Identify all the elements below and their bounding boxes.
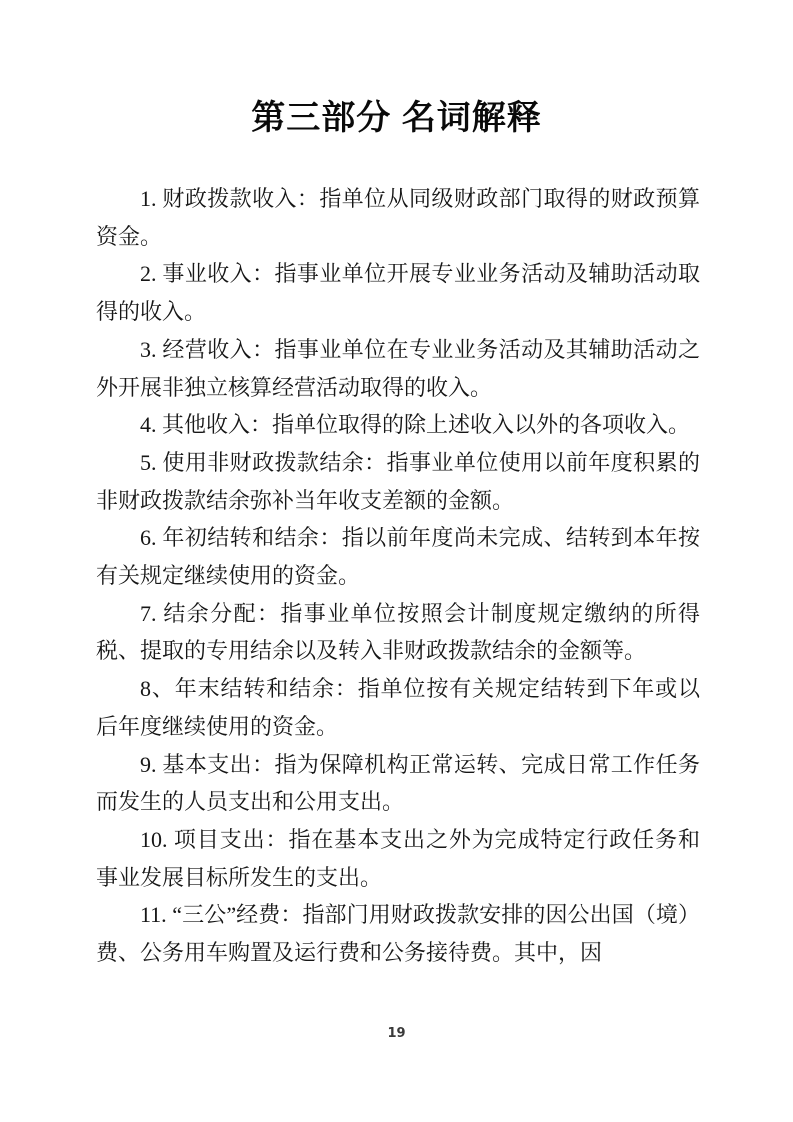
definition-paragraph: 8、年末结转和结余：指单位按有关规定结转到下年或以后年度继续使用的资金。 [96, 670, 700, 745]
definition-paragraph: 10. 项目支出：指在基本支出之外为完成特定行政任务和事业发展目标所发生的支出。 [96, 821, 700, 896]
definition-paragraph: 3. 经营收入：指事业单位在专业业务活动及其辅助活动之外开展非独立核算经营活动取… [96, 331, 700, 406]
definition-paragraph: 9. 基本支出：指为保障机构正常运转、完成日常工作任务而发生的人员支出和公用支出… [96, 746, 700, 821]
definition-paragraph: 5. 使用非财政拨款结余：指事业单位使用以前年度积累的非财政拨款结余弥补当年收支… [96, 444, 700, 519]
definitions-list: 1. 财政拨款收入：指单位从同级财政部门取得的财政预算资金。2. 事业收入：指事… [96, 180, 700, 972]
definition-paragraph: 7. 结余分配：指事业单位按照会计制度规定缴纳的所得税、提取的专用结余以及转入非… [96, 595, 700, 670]
definition-paragraph: 4. 其他收入：指单位取得的除上述收入以外的各项收入。 [96, 406, 700, 444]
page-number: 19 [0, 1026, 793, 1041]
page-title: 第三部分 名词解释 [0, 94, 793, 142]
definition-paragraph: 2. 事业收入：指事业单位开展专业业务活动及辅助活动取得的收入。 [96, 255, 700, 330]
definition-paragraph: 11. “三公”经费：指部门用财政拨款安排的因公出国（境）费、公务用车购置及运行… [96, 896, 700, 971]
definition-paragraph: 1. 财政拨款收入：指单位从同级财政部门取得的财政预算资金。 [96, 180, 700, 255]
definition-paragraph: 6. 年初结转和结余：指以前年度尚未完成、结转到本年按有关规定继续使用的资金。 [96, 519, 700, 594]
document-page: 第三部分 名词解释 1. 财政拨款收入：指单位从同级财政部门取得的财政预算资金。… [0, 0, 793, 1122]
